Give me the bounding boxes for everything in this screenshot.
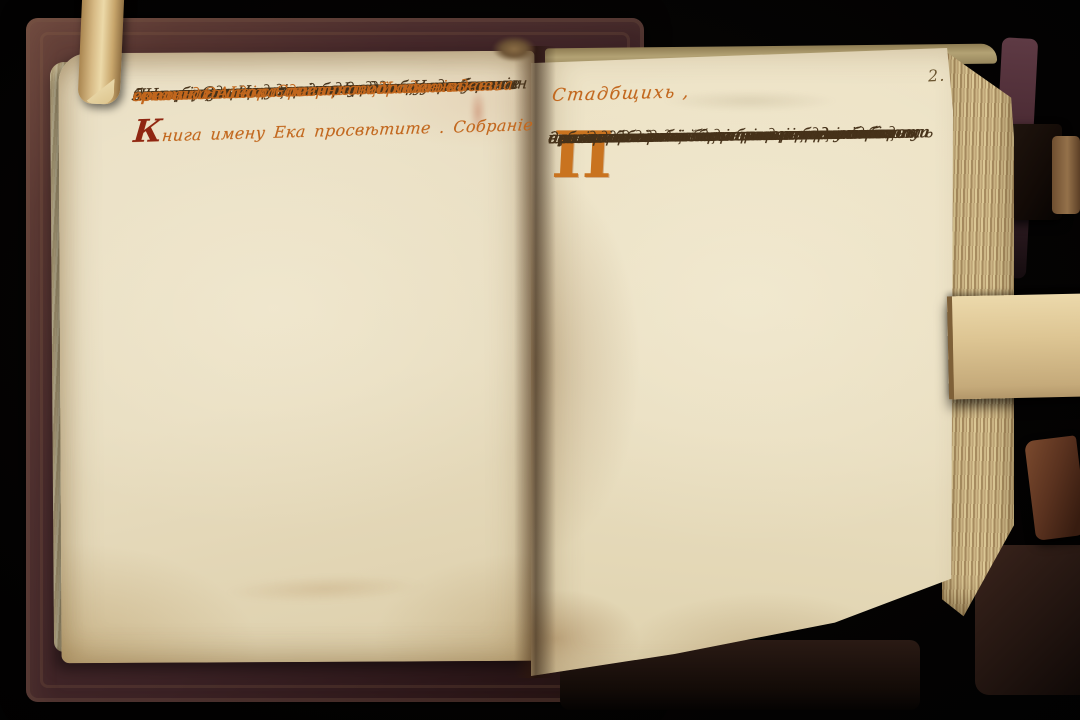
clasp-fitting-top xyxy=(1052,136,1080,214)
leather-corner-bottom-right xyxy=(975,545,1080,695)
page-number: 2. xyxy=(928,66,946,86)
left-page xyxy=(58,51,537,663)
manuscript-line: праведно непщева шаза ж подавсеніи xyxy=(547,120,894,153)
wooden-slat xyxy=(947,294,1080,400)
rubric-heading: Стадбщихь , xyxy=(551,82,691,106)
gutter-fray-top xyxy=(492,36,536,62)
wooden-pointer xyxy=(78,0,125,105)
manuscript-photo: 2. нетщче поне же одер жащу насбывлѣчник… xyxy=(0,0,1080,720)
clasp-strap-bottom xyxy=(1024,435,1080,541)
